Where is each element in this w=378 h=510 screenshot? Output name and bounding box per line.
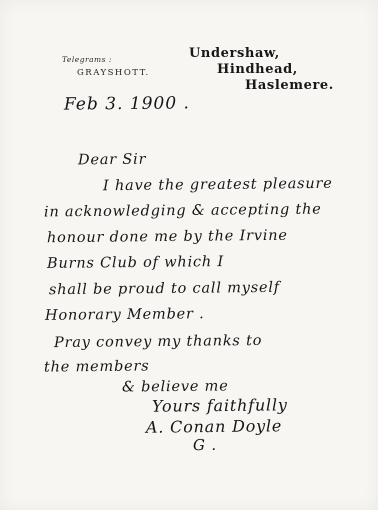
letter-page: Telegrams : GRAYSHOTT. Undershaw, Hindhe… xyxy=(0,0,378,510)
body-line: Pray convey my thanks to xyxy=(54,333,262,351)
letterhead-address-line: Hindhead, xyxy=(217,62,298,77)
signature: A. Conan Doyle xyxy=(146,416,282,436)
handwritten-date: Feb 3. 1900 . xyxy=(64,93,190,114)
body-line: honour done me by the Irvine xyxy=(47,228,288,247)
body-line: Burns Club of which I xyxy=(47,254,224,272)
letterhead-address-line: Undershaw, xyxy=(189,46,280,61)
body-line: I have the greatest pleasure xyxy=(103,176,333,194)
telegrams-value: GRAYSHOTT. xyxy=(77,68,150,78)
body-line: the members xyxy=(44,358,150,375)
body-line: Honorary Member . xyxy=(45,306,205,324)
body-line: in acknowledging & accepting the xyxy=(44,202,322,221)
body-line: shall be proud to call myself xyxy=(49,280,280,298)
salutation: Dear Sir xyxy=(78,152,146,169)
signature-flourish: G . xyxy=(193,436,217,454)
valediction: Yours faithfully xyxy=(152,395,288,415)
closing-line: & believe me xyxy=(122,378,229,395)
letterhead-address-line: Haslemere. xyxy=(245,78,334,93)
telegrams-label: Telegrams : xyxy=(62,55,112,64)
